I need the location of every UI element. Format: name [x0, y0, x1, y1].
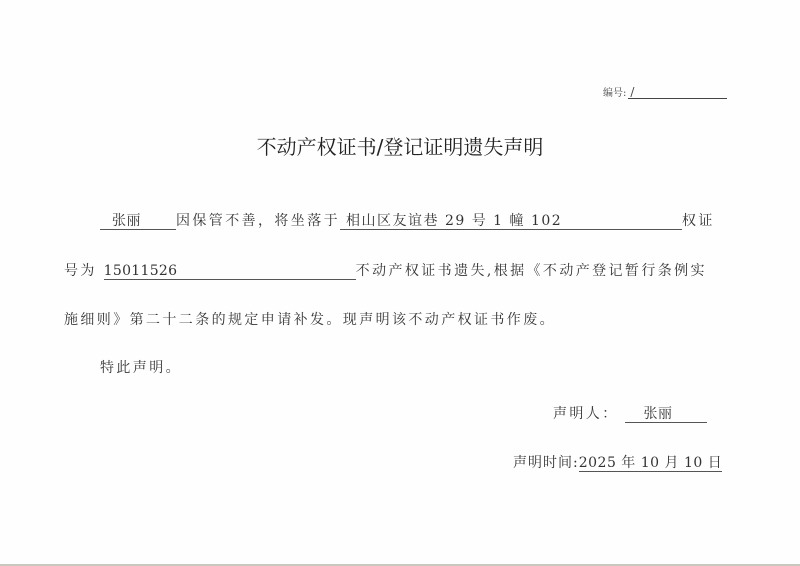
page-title: 不动产权证书/登记证明遗失声明	[0, 131, 800, 160]
declaration-date: 声明时间:2025 年 10 月 10 日	[513, 452, 722, 472]
date-value-field: 2025 年 10 月 10 日	[579, 455, 723, 472]
text-after-address: 权证	[682, 213, 715, 229]
declarant-name-field: 张丽	[100, 213, 176, 230]
property-address-field: 相山区友谊巷 29 号 1 幢 102	[340, 213, 682, 230]
body-line-3: 施细则》第二十二条的规定申请补发。现声明该不动产权证书作废。	[64, 309, 556, 329]
serial-label: 编号:	[603, 84, 626, 99]
certificate-number-field: 15011526	[104, 263, 356, 280]
declarant-label: 声明人：	[553, 406, 619, 422]
serial-number: 编号: /	[603, 84, 727, 99]
closing-statement: 特此声明。	[100, 357, 182, 377]
date-label: 声明时间:	[513, 455, 579, 471]
text-before-certificate: 号为	[64, 263, 97, 279]
declarant-signature: 声明人： 张丽	[553, 403, 707, 423]
text-after-name: 因保管不善，将坐落于	[176, 213, 340, 229]
body-line-2: 号为 15011526不动产权证书遗失,根据《不动产登记暂行条例实	[64, 260, 707, 280]
declarant-signature-field: 张丽	[625, 406, 707, 423]
serial-value-field: /	[628, 86, 727, 99]
body-line-1: 张丽因保管不善，将坐落于相山区友谊巷 29 号 1 幢 102权证	[100, 210, 715, 230]
text-line-2-rest: 不动产权证书遗失,根据《不动产登记暂行条例实	[356, 263, 707, 279]
